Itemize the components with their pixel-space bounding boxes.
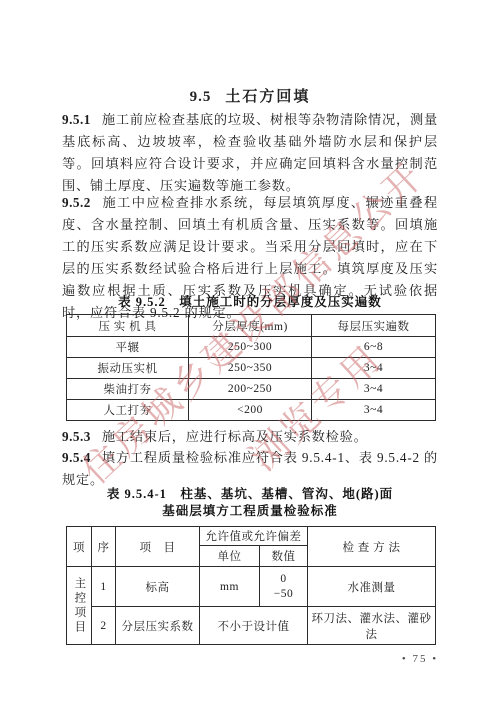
table-cell: 250~350 [189, 358, 312, 379]
col-header-allowed-deviation: 允许值或允许偏差 [200, 527, 308, 546]
allowed-value-merged-cell: 不小于设计值 [200, 607, 308, 645]
col-header-layer-thickness: 分层厚度(mm) [189, 315, 312, 337]
col-header-item-group: 项 [67, 527, 92, 567]
table-row: 2 分层压实系数 不小于设计值 环刀法、灌水法、灌砂法 [67, 607, 436, 645]
table-9-5-2-caption: 表 9.5.2 填土施工时的分层厚度及压实遍数 [62, 292, 438, 310]
group-label-main-control: 主控项目 [73, 577, 86, 635]
value-lower: −50 [262, 587, 305, 602]
seq-cell: 1 [92, 567, 116, 607]
table-row: 柴油打夯 200~250 3~4 [67, 379, 436, 400]
table-row: 主控项目 1 标高 mm 0 −50 水准测量 [67, 567, 436, 607]
page-number: • 75 • [380, 653, 460, 665]
table-9-5-2: 压 实 机 具 分层厚度(mm) 每层压实遍数 平辗 250~300 6~8 振… [66, 314, 436, 421]
table-cell: 柴油打夯 [67, 379, 189, 400]
item-cell: 标高 [116, 567, 200, 607]
table-row: 平辗 250~300 6~8 [67, 337, 436, 358]
clause-9-5-1: 9.5.1施工前应检查基底的垃圾、树根等杂物清除情况，测量基底标高、边坡坡率，检… [62, 109, 438, 197]
clause-number: 9.5.4 [62, 450, 91, 465]
table-cell: 3~4 [312, 358, 436, 379]
section-heading: 9.5土石方回填 [62, 85, 438, 106]
table-cell: 250~300 [189, 337, 312, 358]
col-header-unit: 单位 [200, 546, 260, 567]
item-cell: 分层压实系数 [116, 607, 200, 645]
value-upper: 0 [262, 572, 305, 587]
table-header-row: 压 实 机 具 分层厚度(mm) 每层压实遍数 [67, 315, 436, 337]
table-9-5-4-1: 项 序 项 目 允许值或允许偏差 检 查 方 法 单位 数值 主控项目 1 标高… [66, 526, 436, 645]
scanned-standard-page: { "heading": { "number": "9.5", "title":… [0, 0, 500, 725]
table-cell: 振动压实机 [67, 358, 189, 379]
table-cell: 200~250 [189, 379, 312, 400]
col-header-value: 数值 [260, 546, 308, 567]
table-9-5-4-1-caption: 表 9.5.4-1 柱基、基坑、基槽、管沟、地(路)面 基础层填方工程质量检验标… [62, 486, 438, 520]
table-cell: 平辗 [67, 337, 189, 358]
caption-line-1: 表 9.5.4-1 柱基、基坑、基槽、管沟、地(路)面 [62, 486, 438, 503]
seq-cell: 2 [92, 607, 116, 645]
table-row: 振动压实机 250~350 3~4 [67, 358, 436, 379]
group-label-cell: 主控项目 [67, 567, 92, 645]
section-number: 9.5 [190, 89, 212, 105]
col-header-machine: 压 实 机 具 [67, 315, 189, 337]
clause-9-5-3: 9.5.3施工结束后，应进行标高及压实系数检验。 [62, 426, 438, 448]
col-header-seq: 序 [92, 527, 116, 567]
clause-number: 9.5.3 [62, 429, 91, 444]
table-cell: 6~8 [312, 337, 436, 358]
table-header-row: 项 序 项 目 允许值或允许偏差 检 查 方 法 [67, 527, 436, 546]
col-header-check-method: 检 查 方 法 [308, 527, 436, 567]
section-title: 土石方回填 [225, 89, 310, 105]
table-cell: <200 [189, 400, 312, 421]
clause-9-5-4: 9.5.4填方工程质量检验标准应符合表 9.5.4-1、表 9.5.4-2 的规… [62, 447, 438, 491]
table-cell: 3~4 [312, 379, 436, 400]
col-header-pass-count: 每层压实遍数 [312, 315, 436, 337]
table-cell: 3~4 [312, 400, 436, 421]
method-cell: 水准测量 [308, 567, 436, 607]
table-cell: 人工打夯 [67, 400, 189, 421]
clause-text: 施工结束后，应进行标高及压实系数检验。 [102, 429, 368, 444]
caption-line-2: 基础层填方工程质量检验标准 [62, 503, 438, 520]
unit-cell: mm [200, 567, 260, 607]
col-header-item: 项 目 [116, 527, 200, 567]
method-cell: 环刀法、灌水法、灌砂法 [308, 607, 436, 645]
clause-text: 填方工程质量检验标准应符合表 9.5.4-1、表 9.5.4-2 的规定。 [62, 450, 438, 487]
value-cell: 0 −50 [260, 567, 308, 607]
table-row: 人工打夯 <200 3~4 [67, 400, 436, 421]
clause-number: 9.5.2 [62, 195, 91, 210]
clause-text: 施工前应检查基底的垃圾、树根等杂物清除情况，测量基底标高、边坡坡率，检查验收基础… [62, 112, 438, 193]
clause-number: 9.5.1 [62, 112, 91, 127]
